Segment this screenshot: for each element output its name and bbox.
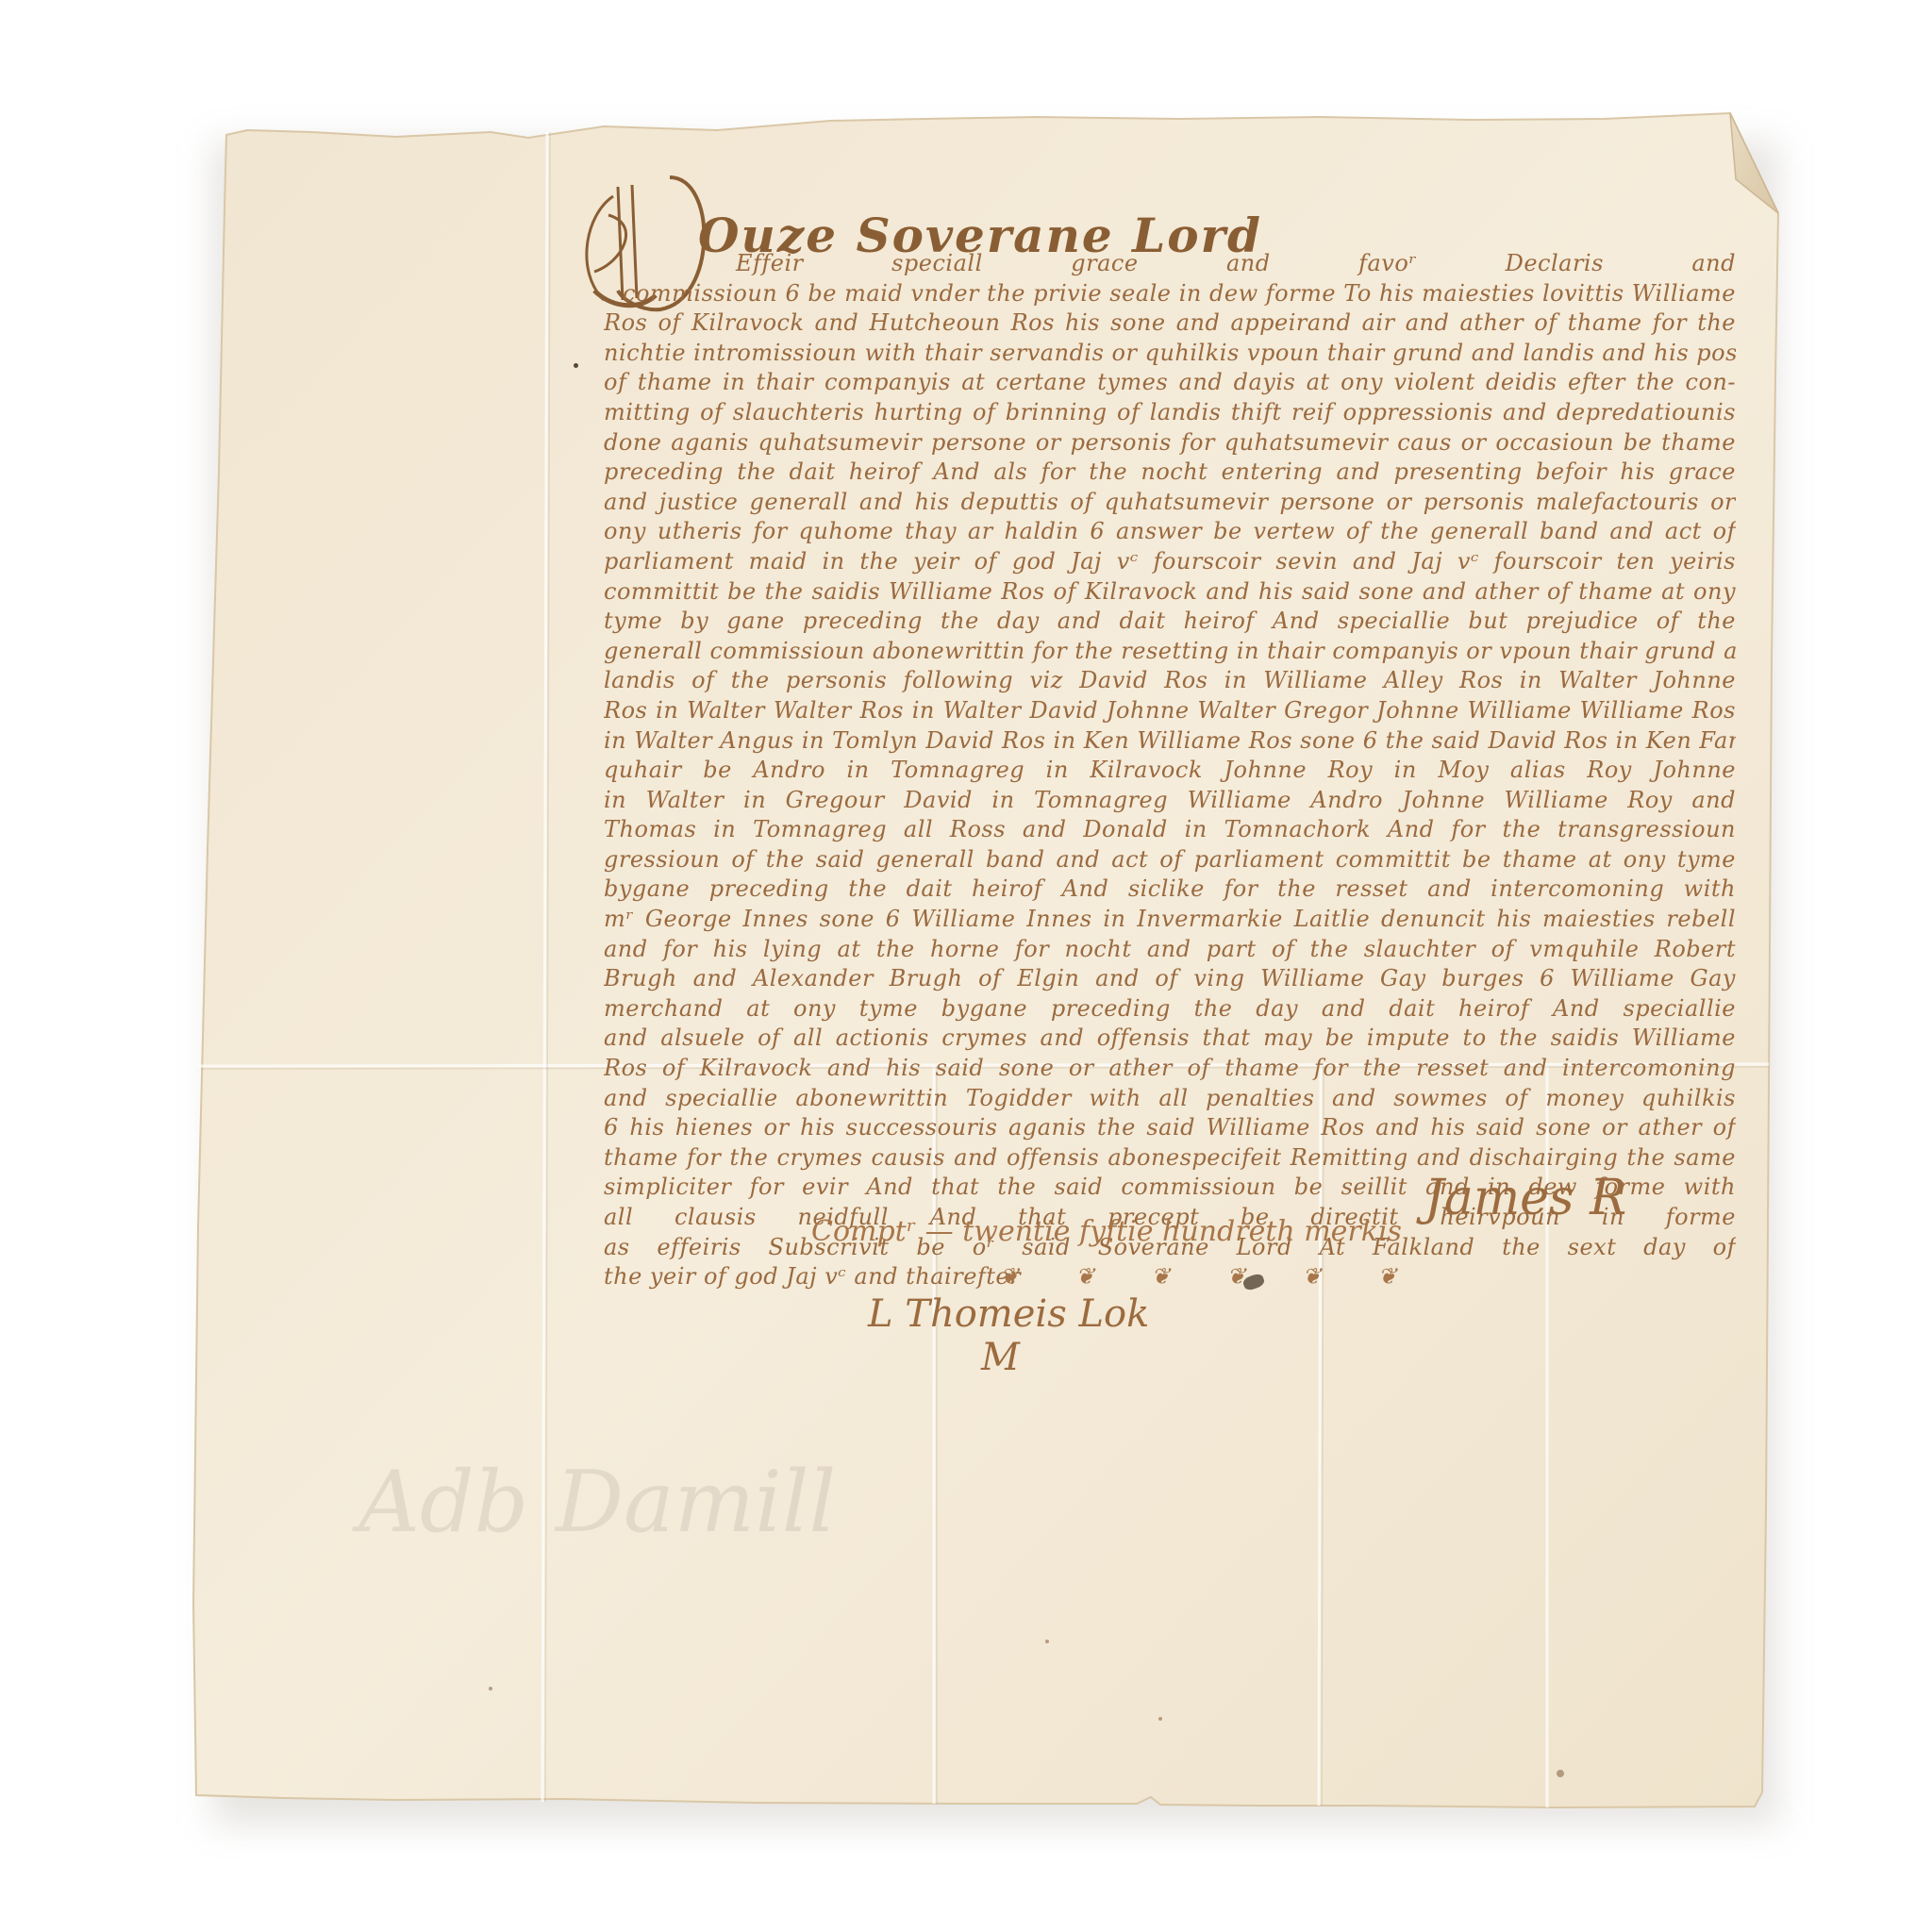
manuscript-line: done aganis quhatsumevir persone or pers… xyxy=(604,428,1736,458)
closing-flourishes: ❦❦❦❦❦❦ xyxy=(1000,1262,1454,1292)
secretary-signature: L Thomeis Lok M xyxy=(868,1292,1149,1379)
manuscript-line: thame for the crymes causis and offensis… xyxy=(604,1143,1736,1174)
manuscript-line: gressioun of the said generall band and … xyxy=(604,845,1736,875)
manuscript-line: and justice generall and his deputtis of… xyxy=(604,488,1736,518)
manuscript-body: Effeir speciall grace and favoʳ Declaris… xyxy=(604,249,1736,1292)
secretary-signature-name: L Thomeis Lok xyxy=(868,1292,1149,1336)
manuscript-line: landis of the personis following viz Dav… xyxy=(604,666,1736,696)
manuscript-line: committit be the saidis Williame Ros of … xyxy=(604,577,1736,608)
manuscript-line: Ros of Kilravock and Hutcheoun Ros his s… xyxy=(604,308,1736,339)
manuscript-line: and alsuele of all actionis crymes and o… xyxy=(604,1024,1736,1054)
manuscript-line: Effeir speciall grace and favoʳ Declaris… xyxy=(604,249,1736,279)
manuscript-line: bygane preceding the dait heirof And sic… xyxy=(604,874,1736,905)
manuscript-line: tyme by gane preceding the day and dait … xyxy=(604,607,1736,637)
manuscript-line: of thame in thair companyis at certane t… xyxy=(604,368,1736,398)
manuscript-line: nichtie intromissioun with thair servand… xyxy=(604,339,1736,369)
manuscript-line: and speciallie abonewrittin Togidder wit… xyxy=(604,1084,1736,1114)
manuscript-line: in Walter in Gregour David in Tomnagreg … xyxy=(604,786,1736,816)
manuscript-line: ony utheris for quhome thay ar haldin 6 … xyxy=(604,517,1736,547)
manuscript-line: parliament maid in the yeir of god Jaj v… xyxy=(604,547,1736,577)
manuscript-line: and for his lying at the horne for nocht… xyxy=(604,935,1736,965)
ink-dot xyxy=(574,363,578,368)
pencil-annotation: Adb Damill xyxy=(358,1453,836,1552)
manuscript-line: preceding the dait heirof And als for th… xyxy=(604,458,1736,488)
manuscript-line: Thomas in Tomnagreg all Ross and Donald … xyxy=(604,815,1736,845)
manuscript-line: mʳ George Innes sone 6 Williame Innes in… xyxy=(604,905,1736,935)
manuscript-line: in Walter Angus in Tomlyn David Ros in K… xyxy=(604,726,1736,757)
manuscript-line: Ros in Walter Walter Ros in Walter David… xyxy=(604,696,1736,726)
manuscript-line: commissioun 6 be maid vnder the privie s… xyxy=(604,279,1736,309)
compt-note: Comptʳ — twentie fyftie hundreth merkis xyxy=(811,1215,1402,1248)
manuscript-line: Ros of Kilravock and his said sone or at… xyxy=(604,1054,1736,1084)
manuscript-line: generall commissioun abonewrittin for th… xyxy=(604,637,1736,667)
manuscript-line: merchand at ony tyme bygane preceding th… xyxy=(604,994,1736,1024)
manuscript-line: mitting of slauchteris hurting of brinni… xyxy=(604,398,1736,428)
manuscript-line: Brugh and Alexander Brugh of Elgin and o… xyxy=(604,964,1736,994)
secretary-mark: M xyxy=(868,1336,1020,1379)
manuscript-line: 6 his hienes or his successouris aganis … xyxy=(604,1113,1736,1143)
royal-signature: James R xyxy=(1424,1170,1626,1226)
manuscript-line: quhair be Andro in Tomnagreg in Kilravoc… xyxy=(604,756,1736,786)
